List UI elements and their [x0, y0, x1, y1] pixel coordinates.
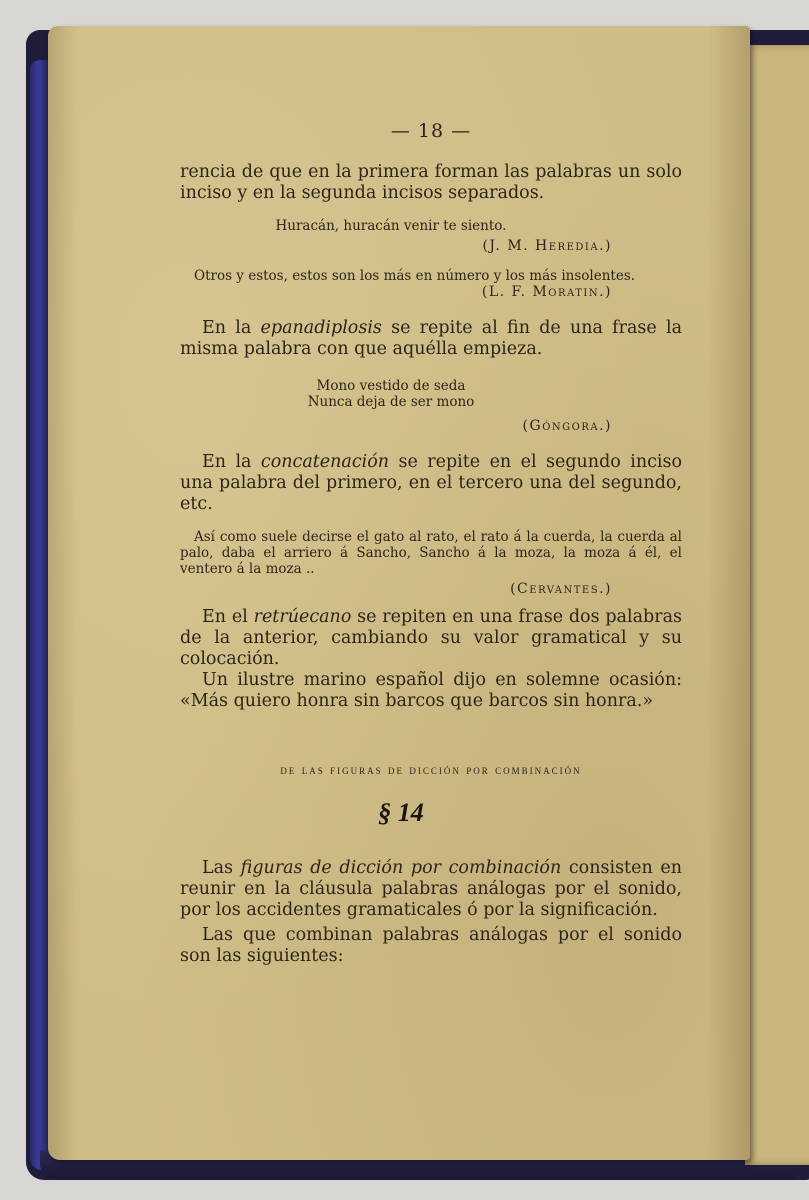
handwritten-section-mark: § 14: [180, 798, 682, 828]
quote-moratin: Otros y estos, estos son los más en núme…: [180, 268, 682, 284]
paragraph-retruecano: En el retrúecano se repiten en una frase…: [180, 607, 682, 670]
page-number: — 18 —: [180, 120, 682, 142]
paragraph-figuras-combinacion: Las figuras de dicción por combinación c…: [180, 858, 682, 921]
text: En la: [202, 452, 261, 472]
page-content: — 18 — rencia de que en la primera forma…: [180, 120, 682, 967]
term-retruecano: retrúecano: [254, 607, 352, 627]
attribution-gongora: (Góngora.): [180, 418, 682, 434]
paragraph-example-marino: Un ilustre marino español dijo en solemn…: [180, 670, 682, 712]
text: En el: [202, 607, 254, 627]
text: Las: [202, 858, 241, 878]
quote-heredia: Huracán, huracán venir te siento.: [180, 218, 602, 234]
quote-gongora-line-1: Mono vestido de seda: [180, 378, 602, 394]
term-concatenacion: concatenación: [261, 452, 389, 472]
paragraph-sonido: Las que combinan palabras análogas por e…: [180, 925, 682, 967]
term-epanadiplosis: epanadiplosis: [261, 318, 382, 338]
section-heading: De las figuras de dicción por combinació…: [180, 762, 682, 778]
paragraph-epanadiplosis: En la epanadiplosis se repite al fin de …: [180, 318, 682, 360]
quote-cervantes: Así como suele decirse el gato al rato, …: [180, 529, 682, 577]
term-figuras-combinacion: figuras de dicción por combinación: [241, 858, 562, 878]
attribution-cervantes: (Cervantes.): [180, 581, 682, 597]
attribution-heredia: (J. M. Heredia.): [180, 238, 682, 254]
quote-gongora-line-2: Nunca deja de ser mono: [180, 394, 602, 410]
facing-page-edge: [745, 45, 809, 1165]
paragraph-concatenacion: En la concatenación se repite en el segu…: [180, 452, 682, 515]
paragraph-continuation: rencia de que en la primera forman las p…: [180, 162, 682, 204]
text: En la: [202, 318, 261, 338]
attribution-moratin: (L. F. Moratin.): [180, 284, 682, 300]
